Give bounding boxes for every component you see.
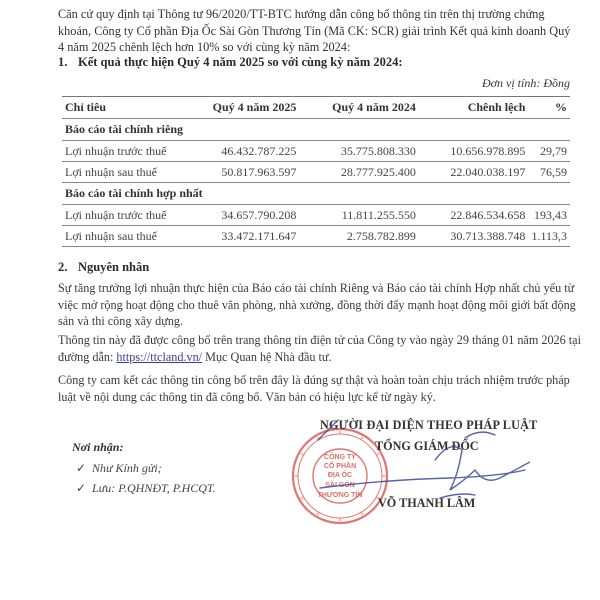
reason-paragraph: Sự tăng trưởng lợi nhuận thực hiện của B… [58, 280, 588, 330]
signature-icon [300, 410, 530, 520]
check-icon: ✓ [76, 461, 92, 476]
header-q4-2024: Quý 4 năm 2024 [299, 97, 419, 119]
website-link[interactable]: https://ttcland.vn/ [116, 350, 202, 364]
table-header-row: Chỉ tiêu Quý 4 năm 2025 Quý 4 năm 2024 C… [62, 97, 570, 119]
recipient-text: Lưu: P.QHNĐT, P.HCQT. [92, 481, 216, 495]
cell-q4-2024: 11.811.255.550 [299, 205, 419, 226]
cell-q4-2024: 2.758.782.899 [299, 226, 419, 247]
row-label: Lợi nhuận sau thuế [62, 162, 190, 183]
cell-q4-2024: 28.777.925.400 [299, 162, 419, 183]
row-label: Lợi nhuận trước thuế [62, 141, 190, 162]
section-1-number: 1. [58, 55, 78, 70]
table-group-separate: Báo cáo tài chính riêng [62, 119, 570, 141]
recipients-title: Nơi nhận: [72, 440, 123, 455]
intro-paragraph: Căn cứ quy định tại Thông tư 96/2020/TT-… [58, 6, 578, 56]
cell-q4-2025: 46.432.787.225 [190, 141, 300, 162]
recipient-text: Như Kính gửi; [92, 461, 162, 475]
cell-difference: 22.040.038.197 [419, 162, 529, 183]
commitment-paragraph: Công ty cam kết các thông tin công bố tr… [58, 372, 588, 406]
header-difference: Chênh lệch [419, 97, 529, 119]
publish-text-after: Mục Quan hệ Nhà đầu tư. [202, 350, 331, 364]
table-row: Lợi nhuận trước thuế 46.432.787.225 35.7… [62, 141, 570, 162]
header-percent: % [528, 97, 570, 119]
cell-percent: 76,59 [528, 162, 570, 183]
cell-q4-2025: 33.472.171.647 [190, 226, 300, 247]
row-label: Lợi nhuận trước thuế [62, 205, 190, 226]
unit-label: Đơn vị tính: Đồng [482, 76, 570, 91]
publish-paragraph: Thông tin này đã được công bố trên trang… [58, 332, 588, 366]
check-icon: ✓ [76, 481, 92, 496]
document-page: Căn cứ quy định tại Thông tư 96/2020/TT-… [0, 0, 600, 600]
header-q4-2025: Quý 4 năm 2025 [190, 97, 300, 119]
table-row: Lợi nhuận trước thuế 34.657.790.208 11.8… [62, 205, 570, 226]
section-2-number: 2. [58, 260, 78, 275]
cell-percent: 1.113,3 [528, 226, 570, 247]
table-group-consolidated: Báo cáo tài chính hợp nhất [62, 183, 570, 205]
row-label: Lợi nhuận sau thuế [62, 226, 190, 247]
cell-percent: 29,79 [528, 141, 570, 162]
cell-q4-2024: 35.775.808.330 [299, 141, 419, 162]
group-title: Báo cáo tài chính hợp nhất [62, 183, 570, 205]
cell-difference: 10.656.978.895 [419, 141, 529, 162]
table-row: Lợi nhuận sau thuế 33.472.171.647 2.758.… [62, 226, 570, 247]
section-2-title: Nguyên nhân [78, 260, 149, 274]
section-1-heading: 1.Kết quả thực hiện Quý 4 năm 2025 so vớ… [58, 55, 403, 70]
section-1-title: Kết quả thực hiện Quý 4 năm 2025 so với … [78, 55, 403, 69]
cell-q4-2025: 34.657.790.208 [190, 205, 300, 226]
cell-difference: 22.846.534.658 [419, 205, 529, 226]
recipient-item: ✓Như Kính gửi; [76, 461, 162, 476]
table-row: Lợi nhuận sau thuế 50.817.963.597 28.777… [62, 162, 570, 183]
results-table: Chỉ tiêu Quý 4 năm 2025 Quý 4 năm 2024 C… [62, 96, 570, 247]
header-indicator: Chỉ tiêu [62, 97, 190, 119]
group-title: Báo cáo tài chính riêng [62, 119, 570, 141]
cell-q4-2025: 50.817.963.597 [190, 162, 300, 183]
cell-percent: 193,43 [528, 205, 570, 226]
section-2-heading: 2.Nguyên nhân [58, 260, 149, 275]
recipient-item: ✓Lưu: P.QHNĐT, P.HCQT. [76, 481, 216, 496]
cell-difference: 30.713.388.748 [419, 226, 529, 247]
